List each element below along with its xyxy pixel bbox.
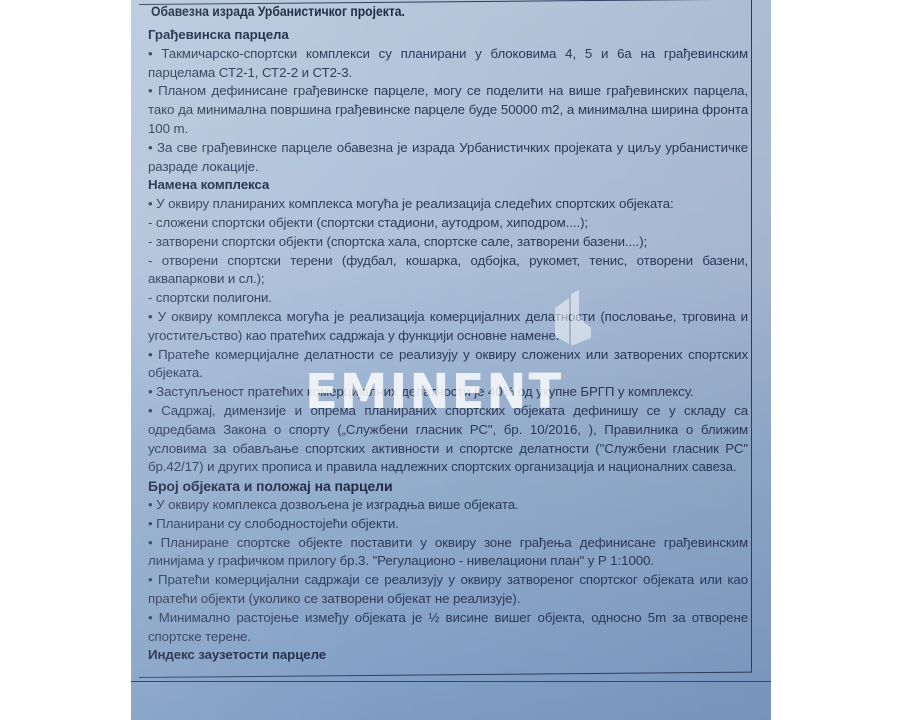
section-heading: Број објеката и положај на парцели	[148, 477, 748, 496]
page-bottom-border	[131, 681, 771, 682]
document-title-line: Обавезна израда Урбанистичког пројекта.	[151, 4, 405, 19]
list-item: - спортски полигони.	[148, 289, 748, 308]
agency-logo-icon	[549, 288, 593, 348]
section-heading: Намена комплекса	[148, 176, 748, 195]
section-heading: Индекс заузетости парцеле	[148, 646, 748, 665]
paragraph: • Планиране спортске објекте поставити у…	[148, 534, 748, 572]
section-heading: Грађевинска парцела	[148, 26, 748, 45]
paragraph: • У оквиру планираних комплекса могућа ј…	[148, 195, 748, 214]
list-item: - сложени спортски објекти (спортски ста…	[148, 214, 748, 233]
paragraph: • За све грађевинске парцеле обавезна је…	[148, 139, 748, 177]
paragraph: • У оквиру комплекса могућа је реализаци…	[148, 308, 748, 346]
paragraph: • Планом дефинисане грађевинске парцеле,…	[148, 82, 748, 138]
paragraph: • Такмичарско-спортски комплекси су план…	[148, 45, 748, 83]
paragraph: • Планирани су слободностојећи објекти.	[148, 515, 748, 534]
paragraph: • У оквиру комплекса дозвољена је изград…	[148, 496, 748, 515]
list-item: - затворени спортски објекти (спортска х…	[148, 233, 748, 252]
paragraph: • Пратећи комерцијални садржаји се реали…	[148, 571, 748, 609]
list-item: - отворени спортски терени (фудбал, коша…	[148, 252, 748, 290]
paragraph: • Минимално растојење између објеката је…	[148, 609, 748, 647]
document-body: Грађевинска парцела • Такмичарско-спортс…	[148, 26, 748, 665]
watermark-brand: EMINENT	[305, 364, 563, 420]
document-photo: Обавезна израда Урбанистичког пројекта. …	[131, 0, 771, 720]
